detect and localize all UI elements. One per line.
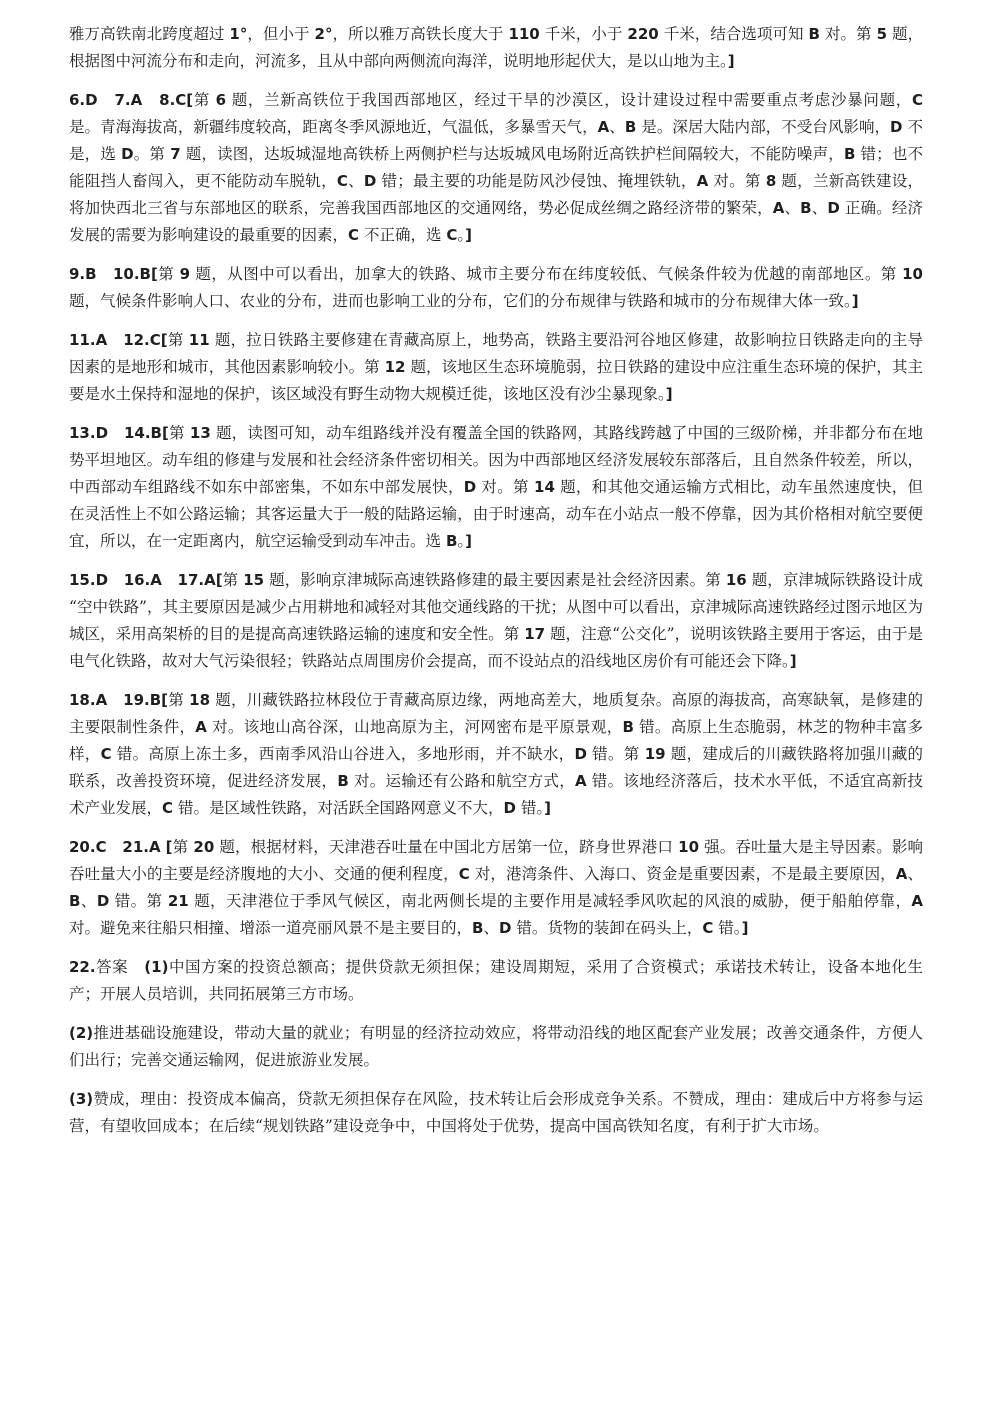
document-page: 雅万高铁南北跨度超过 1°，但小于 2°，所以雅万高铁长度大于 110 千米，小… bbox=[0, 0, 992, 1403]
answer-paragraph-q9-10: 9.B 10.B[第 9 题，从图中可以看出，加拿大的铁路、城市主要分布在纬度较… bbox=[69, 261, 923, 315]
answer-paragraph-q15-17: 15.D 16.A 17.A[第 15 题，影响京津城际高速铁路修建的最主要因素… bbox=[69, 567, 923, 675]
answer-paragraph-q11-12: 11.A 12.C[第 11 题，拉日铁路主要修建在青藏高原上，地势高，铁路主要… bbox=[69, 327, 923, 408]
answer-paragraph-q20-21: 20.C 21.A [第 20 题，根据材料，天津港吞吐量在中国北方居第一位，跻… bbox=[69, 834, 923, 942]
answer-paragraph-q6-8: 6.D 7.A 8.C[第 6 题，兰新高铁位于我国西部地区，经过干旱的沙漠区，… bbox=[69, 87, 923, 249]
answer-paragraph-q13-14: 13.D 14.B[第 13 题，读图可知，动车组路线并没有覆盖全国的铁路网，其… bbox=[69, 420, 923, 555]
answer-paragraph-q22-part1: 22.答案 (1)中国方案的投资总额高；提供贷款无须担保；建设周期短，采用了合资… bbox=[69, 954, 923, 1008]
answer-paragraph-q22-part2: (2)推进基础设施建设，带动大量的就业；有明显的经济拉动效应，将带动沿线的地区配… bbox=[69, 1020, 923, 1074]
answer-paragraph-q22-part3: (3)赞成，理由：投资成本偏高，贷款无须担保存在风险，技术转让后会形成竞争关系。… bbox=[69, 1086, 923, 1140]
answer-paragraph-q4-5: 雅万高铁南北跨度超过 1°，但小于 2°，所以雅万高铁长度大于 110 千米，小… bbox=[69, 21, 923, 75]
answer-paragraph-q18-19: 18.A 19.B[第 18 题，川藏铁路拉林段位于青藏高原边缘，两地高差大，地… bbox=[69, 687, 923, 822]
answer-explanations: 雅万高铁南北跨度超过 1°，但小于 2°，所以雅万高铁长度大于 110 千米，小… bbox=[69, 21, 923, 1140]
